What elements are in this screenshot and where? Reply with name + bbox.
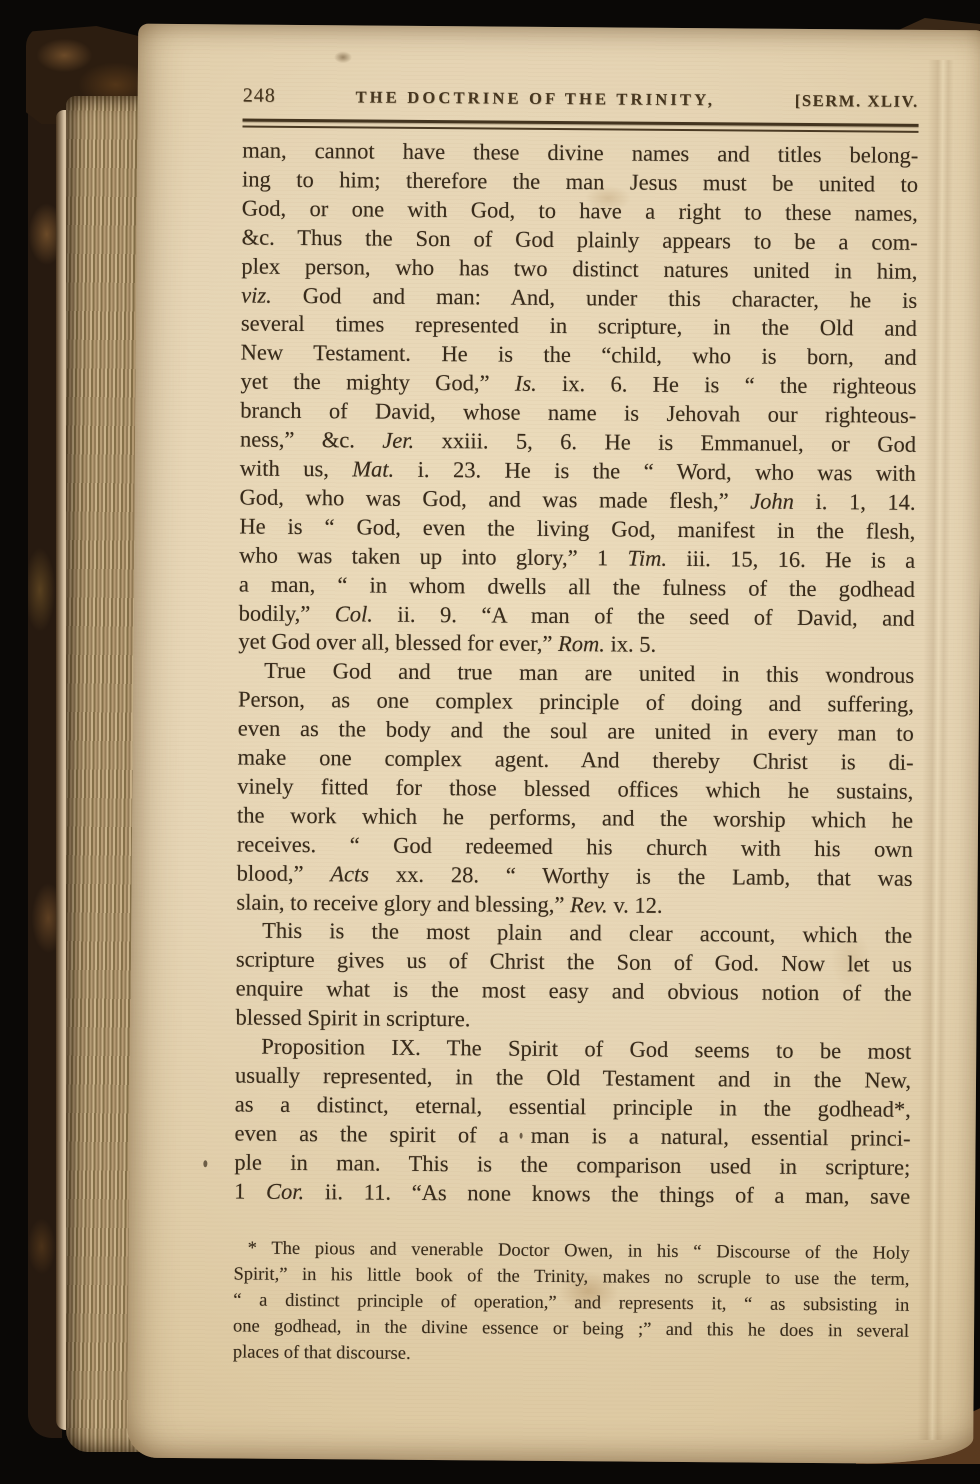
text-line: places of that discourse. bbox=[233, 1340, 909, 1372]
page-edge-crease bbox=[917, 60, 954, 1440]
book-photo: 248 THE DOCTRINE OF THE TRINITY, [SERM. … bbox=[0, 0, 980, 1484]
text-line: plex person, who has two distinct nature… bbox=[241, 252, 917, 286]
paragraph: Proposition IX. The Spirit of God seems … bbox=[234, 1033, 911, 1212]
page-header: 248 THE DOCTRINE OF THE TRINITY, [SERM. … bbox=[243, 85, 919, 113]
page-number: 248 bbox=[243, 85, 276, 108]
header-rule-thin bbox=[243, 126, 919, 133]
printed-page-content: 248 THE DOCTRINE OF THE TRINITY, [SERM. … bbox=[233, 85, 919, 1372]
text-line: a man, “ in whom dwells all the fulness … bbox=[239, 570, 915, 604]
footnote-text: * The pious and venerable Doctor Owen, i… bbox=[233, 1235, 910, 1371]
paragraph: This is the most plain and clear account… bbox=[235, 917, 912, 1038]
paragraph: True God and true man are united in this… bbox=[236, 657, 914, 922]
ink-speck bbox=[203, 1160, 207, 1167]
section-label: [SERM. XLIV. bbox=[795, 91, 919, 112]
text-line: blood,” Acts xx. 28. “ Worthy is the Lam… bbox=[237, 859, 913, 893]
text-line: who was taken up into glory,” 1 Tim. iii… bbox=[239, 541, 915, 575]
running-title: THE DOCTRINE OF THE TRINITY, bbox=[355, 87, 715, 110]
paper-stain bbox=[334, 51, 352, 63]
book-page: 248 THE DOCTRINE OF THE TRINITY, [SERM. … bbox=[127, 24, 980, 1465]
body-text: man, cannot have these divine names and … bbox=[234, 137, 918, 1212]
text-line: 1 Cor. ii. 11. “As none knows the things… bbox=[234, 1177, 910, 1211]
paragraph: man, cannot have these divine names and … bbox=[238, 137, 918, 663]
